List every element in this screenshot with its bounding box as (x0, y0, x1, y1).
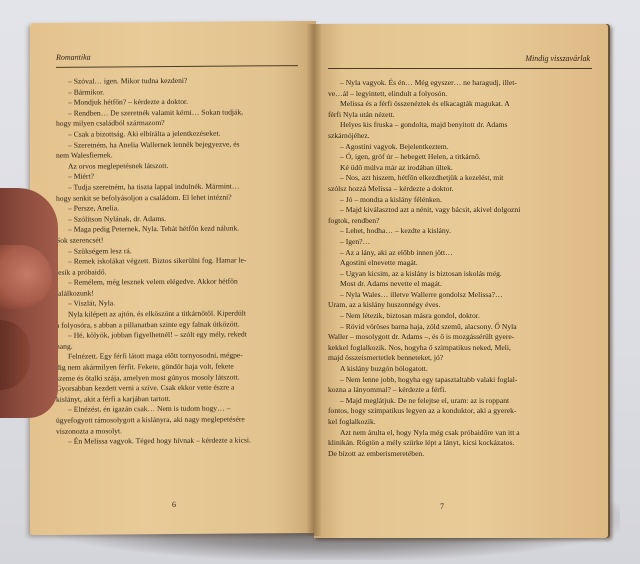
text-line: – Majd meglátjuk. De ne felejtse el, ura… (328, 396, 588, 407)
right-page-number: 7 (440, 502, 444, 513)
text-line: Helyes kis fruska – gondolta, majd benyi… (328, 120, 588, 131)
text-line: – Majd kiválasztod azt a nénit, vagy bác… (328, 205, 588, 216)
left-page: Romantika – Szóval… igen. Mikor tudna ke… (30, 21, 316, 535)
text-line: – Rövid vöröses barna haja, zöld szemű, … (328, 322, 588, 333)
text-line: – Agostini vagyok. Bejelentkeztem. (328, 142, 588, 153)
text-line: szólsz hozzá Melissa – kérdezte a doktor… (328, 184, 588, 195)
book-spine (306, 24, 322, 536)
text-line: Melissa és a férfi összenéztek és elkaca… (328, 99, 588, 110)
header-rule (56, 65, 298, 68)
right-page-body: – Nyla vagyok. És én… Még egyszer… ne ha… (328, 78, 588, 459)
text-line: klinikán. Rögtön a mély szürke lépt a lá… (328, 438, 588, 449)
right-page-header: Mindig visszavárlak (525, 54, 590, 65)
text-line: – Nyla Wales… illetve Wallerre gondolsz … (328, 290, 588, 301)
text-line: ve…ál – legyintett, elindult a folyosón. (328, 89, 588, 100)
text-line: kel foglalkozik. (328, 417, 588, 428)
text-line: kekkel foglalkozik. Nos, hogyha ő szimpa… (328, 343, 588, 354)
text-line: – Nos, azt hiszem, hétfőn elkezdhetjük a… (328, 173, 588, 184)
text-line: – Én Melissa vagyok. Téged hogy hívnak –… (56, 435, 296, 447)
text-line: – Nem létezik, biztosan másra gondol, do… (328, 311, 588, 322)
text-line: A kislány buzgón bólogatott. (328, 364, 588, 375)
text-line: fontos, hogy szimpatikus legyen az a kon… (328, 406, 588, 417)
text-line: – Lehet, hodha… – kezdte a kislány. (328, 226, 588, 237)
text-line: férfi Nyla után nézett. (328, 110, 588, 121)
text-line: – Az a lány, aki az előbb innen jött… (328, 248, 588, 259)
text-line: Uram, az a kislány huszonnégy éves. (328, 300, 588, 311)
text-line: Agostini elnevette magát. (328, 258, 588, 269)
right-page: Mindig visszavárlak – Nyla vagyok. És én… (314, 24, 610, 538)
left-page-header: Romantika (56, 53, 91, 64)
left-page-body: – Szóval… igen. Mikor tudna kezdeni?– Bá… (56, 75, 296, 447)
text-line: fogtok, rendben? (328, 216, 588, 227)
text-line: szkárnójéhez. (328, 131, 588, 142)
photo-scene: Romantika – Szóval… igen. Mikor tudna ke… (0, 0, 640, 564)
text-line: – Nem lenne jobb, hogyha egy tapasztalta… (328, 375, 588, 386)
text-line: Most dr. Adams nevette el magát. (328, 279, 588, 290)
text-line: kozna a lányommal? – kérdezte a férfi. (328, 385, 588, 396)
text-line: Azt nem árulta el, hogy Nyla még csak pr… (328, 428, 588, 439)
header-rule (328, 68, 592, 69)
text-line: – Igen?… (328, 237, 588, 248)
text-line: majd összeismertetlek benneteket, jó? (328, 353, 588, 364)
left-page-number: 6 (172, 500, 176, 511)
text-line: Waller – mosolygott dr. Adams –, és ő is… (328, 332, 588, 343)
text-line: – Nyla vagyok. És én… Még egyszer… ne ha… (328, 78, 588, 89)
text-line: Ké üdő múlva már az irodában ültek. (328, 163, 588, 174)
text-line: – Ó, igen, gróf úr – hebegett Helen, a t… (328, 152, 588, 163)
text-line: – Ugyan kicsim, az a kislány is biztosan… (328, 269, 588, 280)
text-line: De bízott az emberismeretében. (328, 449, 588, 460)
text-line: – Jó – mondta a kislány félénken. (328, 195, 588, 206)
